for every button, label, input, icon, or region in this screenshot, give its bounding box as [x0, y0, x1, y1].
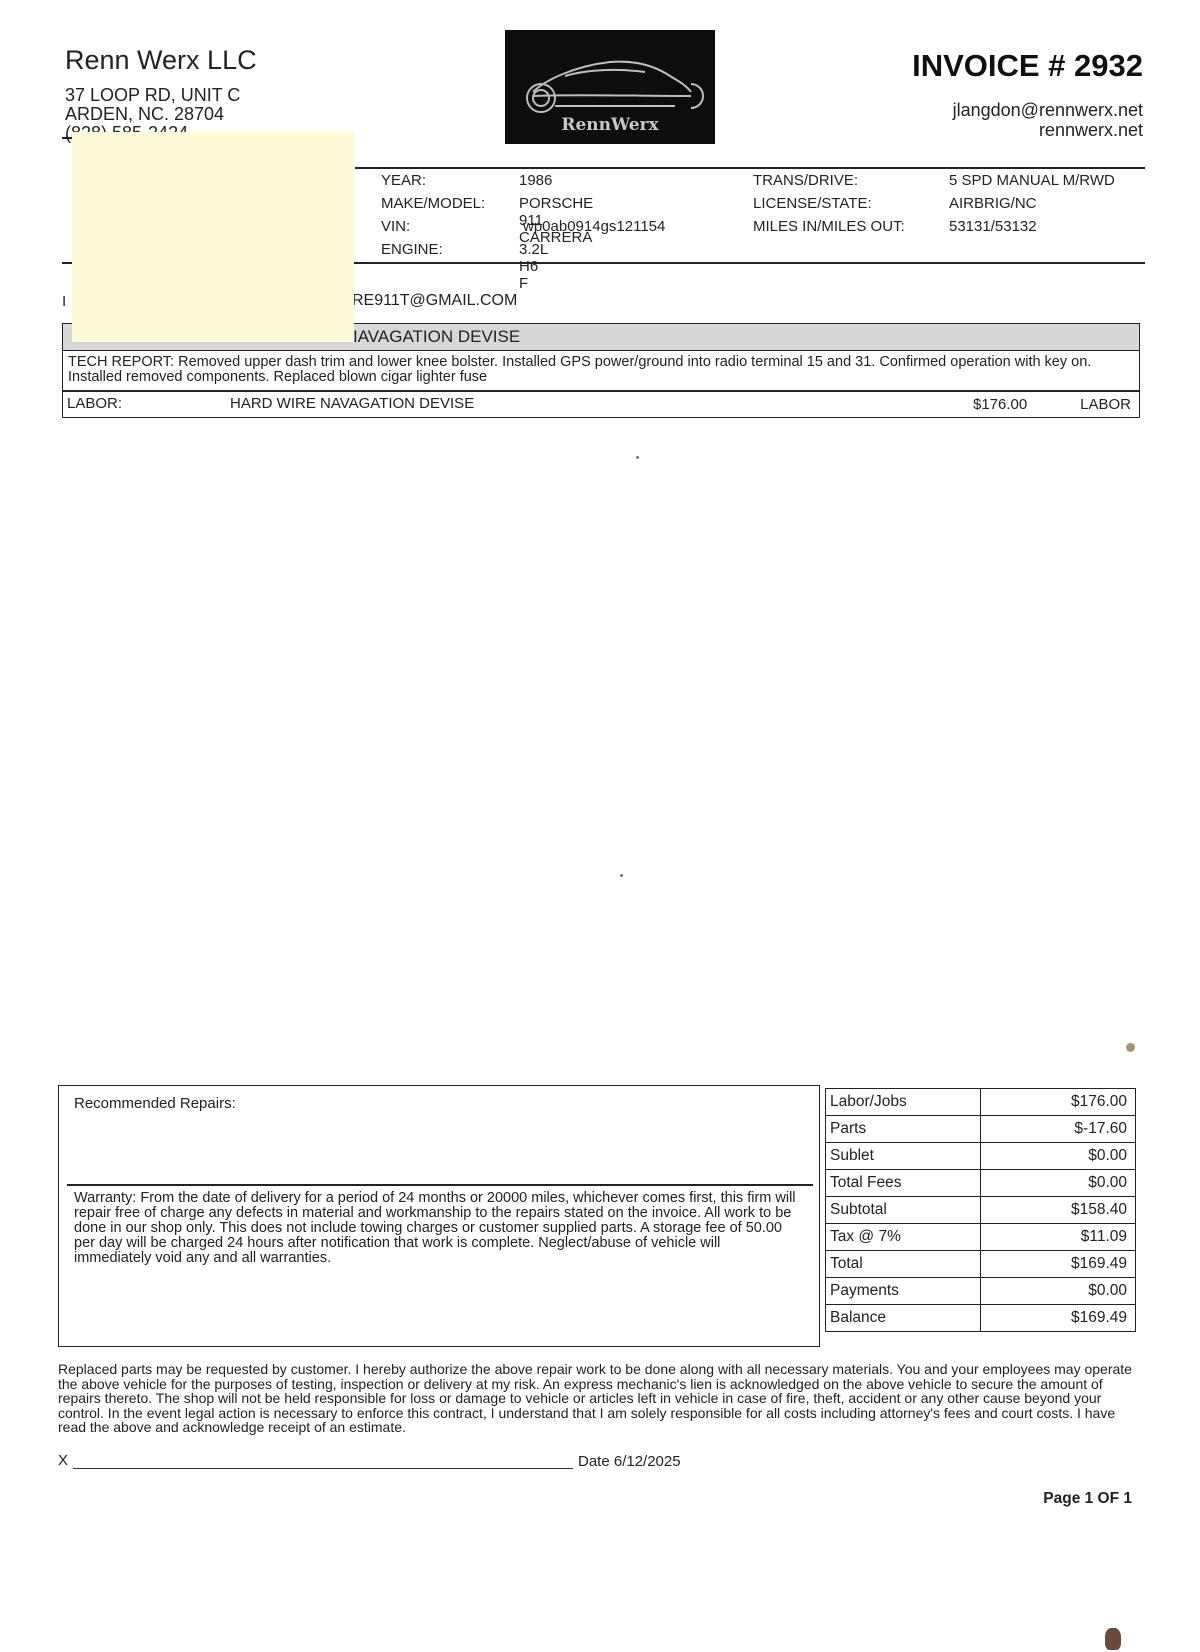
totals-value: $0.00: [981, 1278, 1136, 1305]
totals-row: Total$169.49: [826, 1251, 1136, 1278]
invoice-title: INVOICE # 2932: [912, 48, 1143, 84]
divider: [355, 167, 1145, 169]
invoice-contact: jlangdon@rennwerx.net rennwerx.net: [953, 100, 1143, 140]
svg-text:RennWerx: RennWerx: [561, 115, 659, 135]
totals-label: Sublet: [826, 1143, 981, 1170]
invoice-website: rennwerx.net: [953, 120, 1143, 140]
vehicle-info-left: YEAR: 1986 MAKE/MODEL: PORSCHE 911 CARRE…: [381, 172, 485, 264]
totals-value: $176.00: [981, 1089, 1136, 1116]
divider: [67, 1184, 813, 1186]
company-name: Renn Werx LLC: [65, 45, 257, 76]
trans-drive-label: TRANS/DRIVE:: [753, 172, 858, 189]
miles-value: 53131/53132: [949, 218, 1037, 235]
scan-speck: [636, 456, 639, 459]
totals-row: Tax @ 7%$11.09: [826, 1224, 1136, 1251]
totals-row: Parts$-17.60: [826, 1116, 1136, 1143]
vin-label: VIN:: [381, 218, 410, 235]
scan-stain: [1105, 1628, 1121, 1650]
engine-value: 3.2L H6 F: [519, 241, 548, 292]
totals-row: Sublet$0.00: [826, 1143, 1136, 1170]
totals-row: Subtotal$158.40: [826, 1197, 1136, 1224]
signature-date: Date 6/12/2025: [578, 1453, 681, 1470]
totals-row: Total Fees$0.00: [826, 1170, 1136, 1197]
customer-email: RE911T@GMAIL.COM: [352, 292, 517, 310]
miles-label: MILES IN/MILES OUT:: [753, 218, 905, 235]
address-line-1: 37 LOOP RD, UNIT C: [65, 86, 240, 105]
totals-label: Total Fees: [826, 1170, 981, 1197]
totals-value: $169.49: [981, 1251, 1136, 1278]
totals-row: Balance$169.49: [826, 1305, 1136, 1332]
page-number: Page 1 OF 1: [1043, 1490, 1132, 1508]
company-logo: RennWerx: [505, 30, 715, 144]
totals-row: Payments$0.00: [826, 1278, 1136, 1305]
signature-line[interactable]: X: [58, 1452, 573, 1469]
tech-report: TECH REPORT: Removed upper dash trim and…: [62, 351, 1140, 391]
labor-line-item: LABOR: HARD WIRE NAVAGATION DEVISE $176.…: [62, 391, 1140, 418]
license-state-label: LICENSE/STATE:: [753, 195, 872, 212]
signature-field[interactable]: [73, 1468, 573, 1469]
license-state-value: AIRBRIG/NC: [949, 195, 1037, 212]
totals-label: Payments: [826, 1278, 981, 1305]
engine-label: ENGINE:: [381, 241, 443, 258]
totals-label: Parts: [826, 1116, 981, 1143]
labor-type: LABOR: [1080, 396, 1131, 413]
recommended-repairs-label: Recommended Repairs:: [74, 1095, 236, 1112]
labor-description: HARD WIRE NAVAGATION DEVISE: [230, 395, 474, 412]
totals-label: Total: [826, 1251, 981, 1278]
make-model-label: MAKE/MODEL:: [381, 195, 485, 212]
totals-value: $158.40: [981, 1197, 1136, 1224]
vehicle-info-right: TRANS/DRIVE: 5 SPD MANUAL M/RWD LICENSE/…: [753, 172, 905, 241]
authorization-text: Replaced parts may be requested by custo…: [58, 1362, 1143, 1435]
totals-label: Subtotal: [826, 1197, 981, 1224]
redaction-overlay: [72, 132, 354, 342]
vin-value: wp0ab0914gs121154: [523, 218, 665, 235]
totals-value: $-17.60: [981, 1116, 1136, 1143]
year-label: YEAR:: [381, 172, 426, 189]
trans-drive-value: 5 SPD MANUAL M/RWD: [949, 172, 1115, 189]
totals-label: Balance: [826, 1305, 981, 1332]
labor-label: LABOR:: [67, 395, 122, 412]
warranty-text: Warranty: From the date of delivery for …: [74, 1191, 799, 1266]
scan-speck: [620, 874, 623, 877]
totals-row: Labor/Jobs$176.00: [826, 1089, 1136, 1116]
totals-value: $0.00: [981, 1143, 1136, 1170]
totals-value: $11.09: [981, 1224, 1136, 1251]
totals-value: $169.49: [981, 1305, 1136, 1332]
scan-speck: [1126, 1043, 1135, 1052]
totals-table: Labor/Jobs$176.00Parts$-17.60Sublet$0.00…: [825, 1088, 1136, 1332]
car-wrench-icon: RennWerx: [505, 30, 715, 144]
service-header-title: IAVAGATION DEVISE: [353, 327, 520, 347]
invoice-email: jlangdon@rennwerx.net: [953, 100, 1143, 120]
year-value: 1986: [519, 172, 552, 189]
address-line-2: ARDEN, NC. 28704: [65, 105, 240, 124]
customer-email-prefix: I: [62, 293, 66, 310]
totals-label: Labor/Jobs: [826, 1089, 981, 1116]
totals-value: $0.00: [981, 1170, 1136, 1197]
labor-amount: $176.00: [973, 396, 1027, 413]
totals-label: Tax @ 7%: [826, 1224, 981, 1251]
recommended-warranty-box: Recommended Repairs: Warranty: From the …: [58, 1085, 820, 1347]
signature-mark: X: [58, 1452, 68, 1469]
